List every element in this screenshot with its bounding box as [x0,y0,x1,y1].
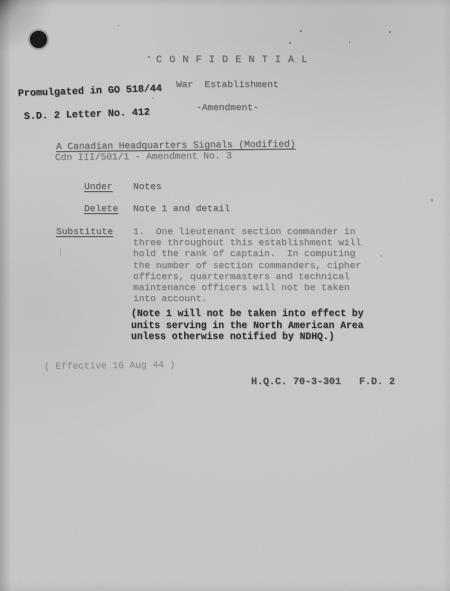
promulgation-line: Promulgated in GO 518/44 [18,84,162,100]
row-text-under: Notes [133,181,162,192]
dust-speck [148,56,150,58]
dust-speck [300,30,302,32]
dust-speck [431,199,433,202]
row-text-substitute: 1. One lieutenant section commander in t… [133,226,361,304]
row-label-delete: Delete [84,203,118,214]
row-label-under: Under [84,181,113,192]
dust-speck [118,25,119,26]
classification-header: C O N F I D E N T I A L [156,55,308,66]
amendment-label: -Amendment- [196,102,259,113]
row-label-substitute: Substitute [56,226,113,237]
amendment-reference: Cdn III/501/1 - Amendment No. 3 [55,150,232,163]
effective-date-line: ( Effective 16 Aug 44 ) [44,359,175,372]
dust-speck [289,42,291,44]
dust-speck [152,97,154,99]
dust-speck [349,41,350,43]
row-text-delete: Note 1 and detail [133,203,230,214]
dust-speck [380,255,382,257]
scanned-document-page: C O N F I D E N T I A L War Establishmen… [0,0,450,591]
letter-number-line: S.D. 2 Letter No. 412 [24,108,150,124]
war-establishment-label: War Establishment [176,79,279,90]
dust-speck [389,31,391,33]
file-reference: H.Q.C. 70-3-301 F.D. 2 [251,377,395,388]
hole-punch-mark [30,31,47,48]
note-paragraph: (Note 1 will not be taken into effect by… [131,308,364,343]
dust-speck [60,248,61,256]
